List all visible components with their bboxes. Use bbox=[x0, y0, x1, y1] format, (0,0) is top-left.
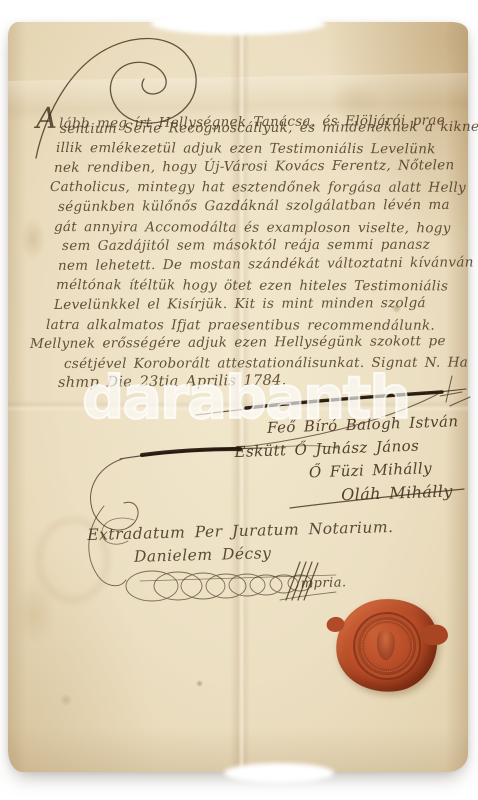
manuscript-line: Mellynek erősségére adjuk ezen Hellységü… bbox=[30, 333, 470, 356]
bottom-fold-notch bbox=[224, 763, 334, 783]
manuscript-line: sentium Serie Recognoscállyuk, és minden… bbox=[60, 118, 470, 140]
paper-stain bbox=[60, 694, 72, 706]
watermark-overlay: darabanth bbox=[82, 368, 409, 427]
notary-signature: Danielem Décsy bbox=[134, 541, 395, 566]
notary-manu-propria: mpria. bbox=[301, 574, 396, 591]
top-fold-notch bbox=[151, 12, 326, 35]
manuscript-line: Levelünkkel el Kisírjük. Kit is mint min… bbox=[54, 295, 470, 317]
document-photo: Alább meg írt Hellységnek Tanácsa, és El… bbox=[0, 0, 478, 800]
seal-emblem-icon bbox=[349, 608, 426, 685]
notary-block: Extradatum Per Juratum Notarium. Daniele… bbox=[87, 518, 395, 597]
paper-stain bbox=[196, 680, 203, 687]
manuscript-line: Alább meg írt Hellységnek Tanácsa, és El… bbox=[36, 97, 470, 120]
manuscript-body: Alább meg írt Hellységnek Tanácsa, és El… bbox=[30, 101, 470, 395]
manuscript-line: ségünkben külőnős Gazdáknál szolgálatban… bbox=[58, 197, 470, 219]
manuscript-line: nem lehetett. De mostan szándékát változ… bbox=[58, 254, 470, 277]
manuscript-line: nek rendiben, hogy Új-Városi Kovács Fere… bbox=[54, 157, 470, 179]
